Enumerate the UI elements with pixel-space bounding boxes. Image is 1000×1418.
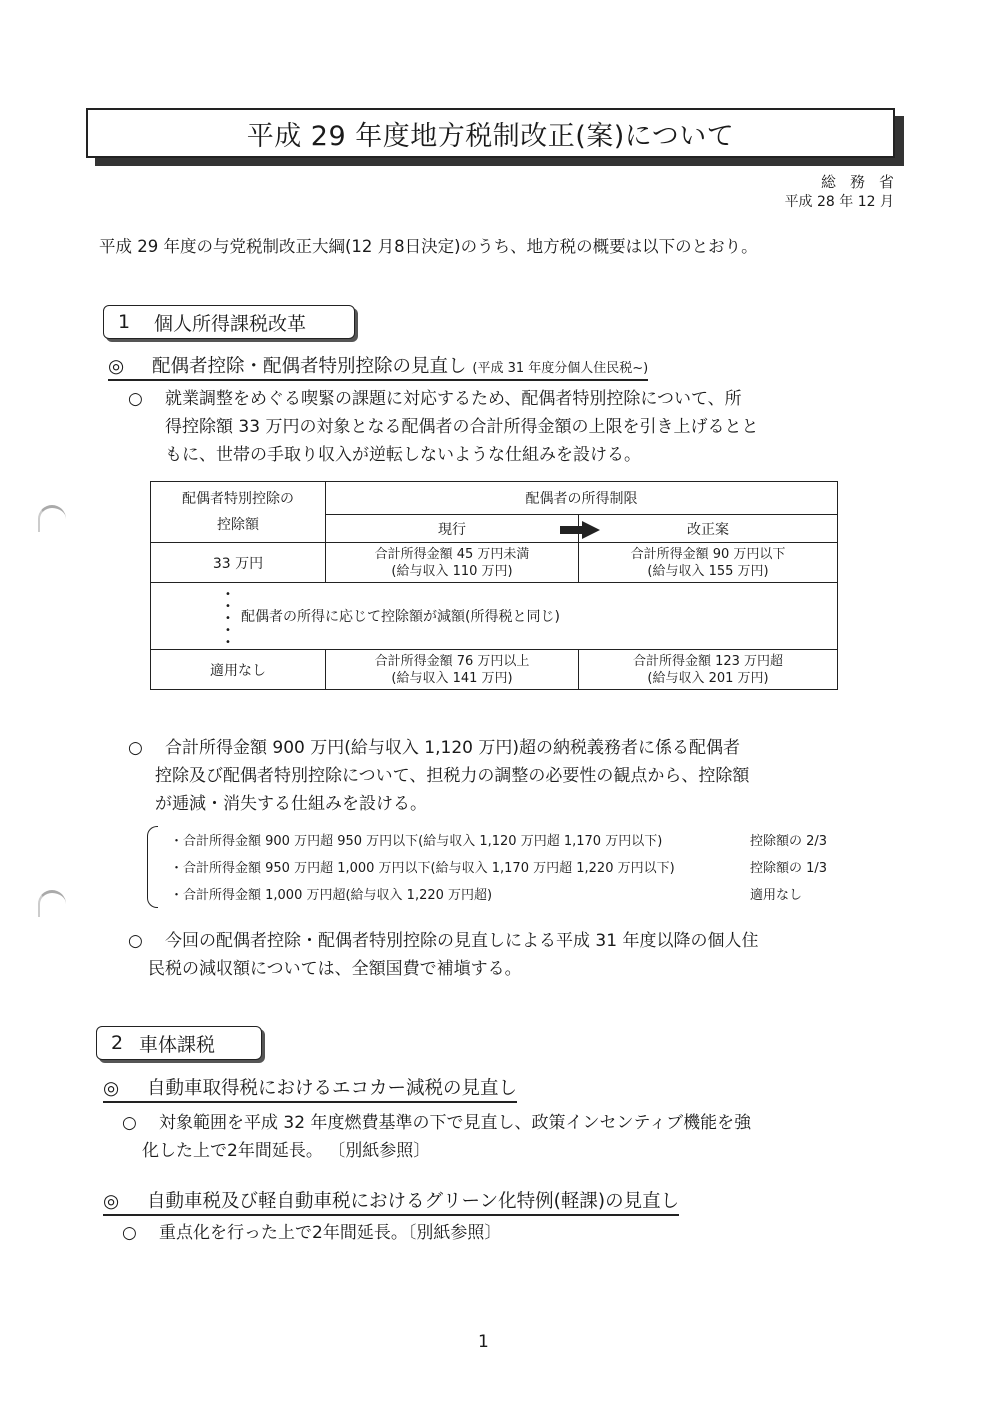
header-line: 控除額 [151, 512, 325, 538]
list-item: ・合計所得金額 950 万円超 1,000 万円以下(給与収入 1,170 万円… [170, 855, 827, 882]
cell-line: 合計所得金額 123 万円超 [579, 653, 837, 670]
paragraph: ○重点化を行った上で2年間延長。〔別紙参照〕 [122, 1219, 892, 1247]
cell-line: 合計所得金額 90 万円以下 [579, 546, 837, 563]
paragraph-line: 重点化を行った上で2年間延長。〔別紙参照〕 [159, 1223, 501, 1243]
issue-date: 平成 28 年 12 月 [785, 191, 894, 211]
cell-middle-note: ••••• 配偶者の所得に応じて控除額が減額(所得税と同じ) [151, 583, 838, 650]
header-line: 配偶者特別控除の [151, 486, 325, 512]
section-header-2: 2 車体課税 [96, 1026, 262, 1060]
cell-line: 合計所得金額 76 万円以上 [326, 653, 578, 670]
list-item-range: ・合計所得金額 900 万円超 950 万円以下(給与収入 1,120 万円超 … [170, 828, 750, 855]
section-number: 1 [118, 311, 154, 333]
paragraph: ○就業調整をめぐる喫緊の課題に対応するため、配偶者特別控除について、所 得控除額… [128, 385, 888, 469]
section-title: 車体課税 [139, 1030, 215, 1057]
table-row: 33 万円 合計所得金額 45 万円未満 (給与収入 110 万円) 合計所得金… [151, 543, 838, 583]
paragraph-line: 民税の減収額については、全額国費で補塡する。 [128, 955, 888, 983]
paragraph: ○合計所得金額 900 万円(給与収入 1,120 万円)超の納税義務者に係る配… [128, 734, 888, 818]
header-revised: 改正案 [579, 515, 838, 543]
punch-hole-artifact [38, 505, 66, 532]
paragraph-line: 対象範囲を平成 32 年度燃費基準の下で見直し、政策インセンティブ機能を強 [159, 1113, 751, 1133]
subsection-title: 自動車税及び軽自動車税におけるグリーン化特例(軽課)の見直し [147, 1191, 679, 1212]
section-header-1: 1 個人所得課税改革 [103, 305, 355, 339]
cell-current: 合計所得金額 76 万円以上 (給与収入 141 万円) [326, 650, 579, 690]
cell-line: (給与収入 141 万円) [326, 670, 578, 687]
list-item-range: ・合計所得金額 1,000 万円超(給与収入 1,220 万円超) [170, 882, 750, 909]
subsection-heading: ◎自動車税及び軽自動車税におけるグリーン化特例(軽課)の見直し [103, 1187, 679, 1216]
double-circle-icon: ◎ [108, 356, 152, 377]
right-arrow-icon [560, 521, 600, 539]
cell-amount: 33 万円 [151, 543, 326, 583]
paragraph-line: が逓減・消失する仕組みを設ける。 [128, 790, 888, 818]
vertical-ellipsis-icon: ••••• [225, 589, 231, 649]
subsection-heading: ◎配偶者控除・配偶者特別控除の見直し (平成 31 年度分個人住民税~) [108, 352, 648, 381]
list-item-result: 適用なし [750, 882, 802, 909]
cell-line: (給与収入 201 万円) [579, 670, 837, 687]
cell-current: 合計所得金額 45 万円未満 (給与収入 110 万円) [326, 543, 579, 583]
left-bracket [147, 826, 158, 908]
subsection-title: 自動車取得税におけるエコカー減税の見直し [147, 1078, 517, 1099]
circle-bullet-icon: ○ [128, 385, 165, 413]
circle-bullet-icon: ○ [122, 1219, 159, 1247]
paragraph-line: 控除及び配偶者特別控除について、担税力の調整の必要性の観点から、控除額 [128, 762, 888, 790]
punch-hole-artifact [38, 890, 66, 917]
middle-note-text: 配偶者の所得に応じて控除額が減額(所得税と同じ) [223, 609, 560, 625]
section-number: 2 [111, 1032, 139, 1054]
phaseout-list: ・合計所得金額 900 万円超 950 万円以下(給与収入 1,120 万円超 … [170, 828, 827, 909]
paragraph-line: 合計所得金額 900 万円(給与収入 1,120 万円)超の納税義務者に係る配偶… [165, 738, 740, 758]
cell-line: (給与収入 110 万円) [326, 563, 578, 580]
subsection-note: (平成 31 年度分個人住民税~) [472, 361, 648, 376]
list-item-result: 控除額の 1/3 [750, 855, 827, 882]
section-title: 個人所得課税改革 [154, 309, 306, 336]
cell-line: 合計所得金額 45 万円未満 [326, 546, 578, 563]
double-circle-icon: ◎ [103, 1191, 147, 1212]
circle-bullet-icon: ○ [128, 734, 165, 762]
paragraph: ○今回の配偶者控除・配偶者特別控除の見直しによる平成 31 年度以降の個人住 民… [128, 927, 888, 983]
list-item-result: 控除額の 2/3 [750, 828, 827, 855]
table-row: ••••• 配偶者の所得に応じて控除額が減額(所得税と同じ) [151, 583, 838, 650]
paragraph: ○対象範囲を平成 32 年度燃費基準の下で見直し、政策インセンティブ機能を強 化… [122, 1109, 892, 1165]
header-deduction-amount: 配偶者特別控除の 控除額 [151, 482, 326, 543]
paragraph-line: 化した上で2年間延長。 〔別紙参照〕 [122, 1137, 892, 1165]
paragraph-line: もに、世帯の手取り収入が逆転しないような仕組みを設ける。 [128, 441, 888, 469]
cell-line: (給与収入 155 万円) [579, 563, 837, 580]
paragraph-line: 今回の配偶者控除・配偶者特別控除の見直しによる平成 31 年度以降の個人住 [165, 931, 758, 951]
header-income-limit: 配偶者の所得制限 [326, 482, 838, 515]
header-current: 現行 [326, 515, 579, 543]
paragraph-line: 就業調整をめぐる喫緊の課題に対応するため、配偶者特別控除について、所 [165, 389, 742, 409]
spousal-deduction-table: 配偶者特別控除の 控除額 配偶者の所得制限 現行 改正案 33 万円 合計所得金… [150, 481, 838, 690]
subsection-title: 配偶者控除・配偶者特別控除の見直し [152, 356, 467, 377]
cell-revised: 合計所得金額 123 万円超 (給与収入 201 万円) [579, 650, 838, 690]
paragraph-line: 得控除額 33 万円の対象となる配偶者の合計所得金額の上限を引き上げるとと [128, 413, 888, 441]
cell-amount: 適用なし [151, 650, 326, 690]
issuing-organization: 総務省 [821, 171, 908, 192]
list-item: ・合計所得金額 900 万円超 950 万円以下(給与収入 1,120 万円超 … [170, 828, 827, 855]
list-item: ・合計所得金額 1,000 万円超(給与収入 1,220 万円超) 適用なし [170, 882, 827, 909]
cell-revised: 合計所得金額 90 万円以下 (給与収入 155 万円) [579, 543, 838, 583]
table-row: 適用なし 合計所得金額 76 万円以上 (給与収入 141 万円) 合計所得金額… [151, 650, 838, 690]
intro-text: 平成 29 年度の与党税制改正大綱(12 月8日決定)のうち、地方税の概要は以下… [99, 233, 758, 257]
subsection-heading: ◎自動車取得税におけるエコカー減税の見直し [103, 1074, 517, 1103]
document-title-box: 平成 29 年度地方税制改正(案)について [86, 108, 895, 158]
double-circle-icon: ◎ [103, 1078, 147, 1099]
list-item-range: ・合計所得金額 950 万円超 1,000 万円以下(給与収入 1,170 万円… [170, 855, 750, 882]
circle-bullet-icon: ○ [128, 927, 165, 955]
document-title: 平成 29 年度地方税制改正(案)について [247, 114, 735, 153]
page-number: 1 [478, 1332, 489, 1352]
circle-bullet-icon: ○ [122, 1109, 159, 1137]
